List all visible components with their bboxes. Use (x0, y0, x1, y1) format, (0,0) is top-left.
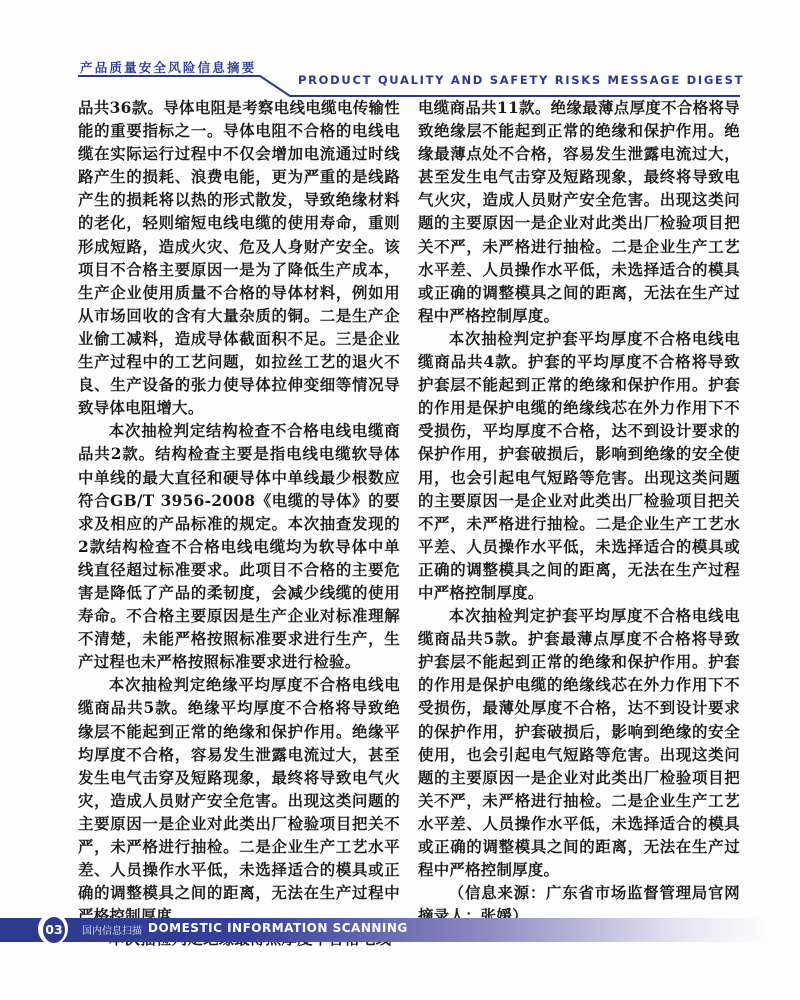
page-number-badge: 03 (38, 913, 68, 945)
footer-section-en: DOMESTIC INFORMATION SCANNING (148, 921, 408, 935)
paragraph: 本次抽检判定结构检查不合格电线电缆商品共2款。结构检查主要是指电线电缆软导体中单… (78, 420, 400, 674)
paragraph: 本次抽检判定护套平均厚度不合格电线电缆商品共5款。护套最薄点厚度不合格将导致护套… (418, 605, 740, 882)
paragraph: 品共36款。导体电阻是考察电线电缆电传输性能的重要指标之一。导体电阻不合格的电线… (78, 97, 400, 420)
left-column: 品共36款。导体电阻是考察电线电缆电传输性能的重要指标之一。导体电阻不合格的电线… (78, 97, 400, 951)
header-title-en: PRODUCT QUALITY AND SAFETY RISKS MESSAGE… (298, 73, 744, 87)
footer-section-cn: 国内信息扫描 (82, 922, 142, 937)
header-title-cn: 产品质量安全风险信息摘要 (80, 58, 256, 76)
paragraph: 本次抽检判定绝缘平均厚度不合格电线电缆商品共5款。绝缘平均厚度不合格将导致绝缘层… (78, 674, 400, 928)
paragraph: 本次抽检判定护套平均厚度不合格电线电缆商品共4款。护套的平均厚度不合格将导致护套… (418, 328, 740, 605)
right-column: 电缆商品共11款。绝缘最薄点厚度不合格将导致绝缘层不能起到正常的绝缘和保护作用。… (418, 97, 740, 928)
page-number: 03 (43, 917, 65, 943)
paragraph: 电缆商品共11款。绝缘最薄点厚度不合格将导致绝缘层不能起到正常的绝缘和保护作用。… (418, 97, 740, 328)
